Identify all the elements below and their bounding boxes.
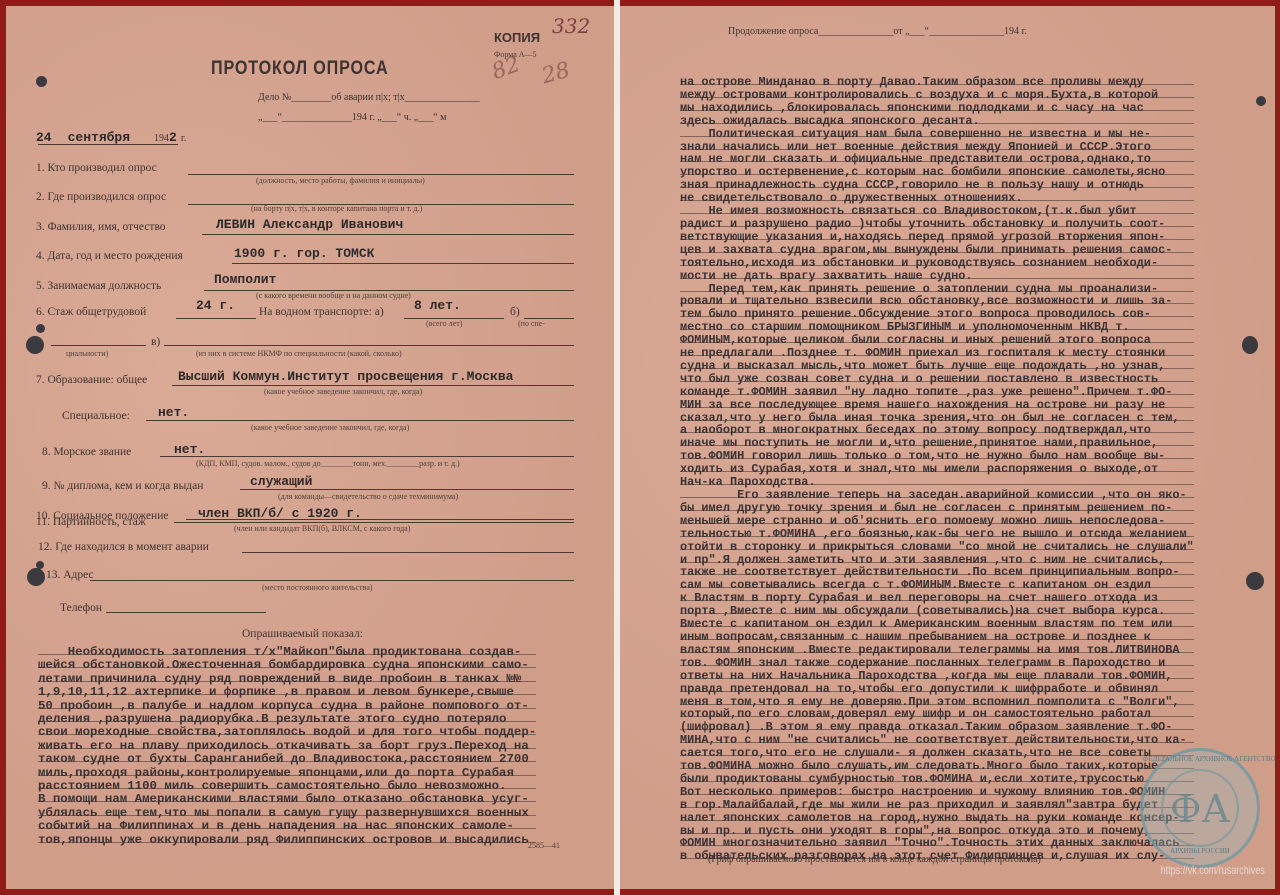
text-line: тоятельно,исходя из обстановки и руковод… (680, 257, 1194, 270)
continuation-header: Продолжение опроса_______________от „___… (728, 26, 1027, 37)
right-page: Продолжение опроса_______________от „___… (620, 6, 1275, 889)
text-line: налет японских самолетов на город,нужно … (680, 812, 1194, 825)
field-1-label: 1. Кто производил опрос (36, 162, 157, 174)
field-5-hint: (с какого времени вообще и на данном суд… (256, 291, 411, 300)
document-title: ПРОТОКОЛ ОПРОСА (211, 58, 389, 80)
text-line: радист и разрушено радио )чтобы уточнить… (680, 218, 1194, 231)
field-1-input[interactable] (188, 174, 574, 175)
text-line: ответы на них Начальника Пароходства ,ко… (680, 670, 1194, 683)
field-6-water-label: На водном транспорте: а) (259, 306, 384, 318)
field-3-value[interactable]: ЛЕВИН Александр Иванович (216, 217, 403, 232)
text-line: властям японским .Вместе редактировали т… (680, 644, 1194, 657)
text-line: на острове Минданао в порту Давао.Таким … (680, 76, 1194, 89)
testimony-text: Необходимость затопления т/х"Майкоп"была… (38, 646, 536, 847)
text-line: были продиктованы сумбурностью тов.ФОМИН… (680, 773, 1194, 786)
archive-stamp: ФЕДЕРАЛЬНОЕ АРХИВНОЕ АГЕНТСТВО ФА АРХИВЫ… (1140, 748, 1260, 868)
field-phone-label: Телефон (60, 602, 102, 614)
binder-hole (1256, 96, 1266, 106)
field-6-water-value[interactable]: 8 лет. (414, 298, 461, 313)
text-line: что был уже созван совет судна и о решен… (680, 373, 1194, 386)
field-special-label: Специальное: (62, 410, 130, 422)
text-line: иным вопросам,связанным с нашим пребыван… (680, 631, 1194, 644)
text-line: 1,9,10,11,12 ахтерпике и форпике ,в прав… (38, 686, 536, 699)
text-line: ветствующие указания и,находясь перед пр… (680, 231, 1194, 244)
testimony-continuation-text: на острове Минданао в порту Давао.Таким … (680, 76, 1194, 863)
field-special-value[interactable]: нет. (158, 405, 189, 420)
text-line: мости не дать врагу захватить наше судно… (680, 270, 1194, 283)
date-day: 24 (36, 130, 52, 145)
text-line: МИН за все последующее время нашего нахо… (680, 399, 1194, 412)
text-line: бы имел другую точку зрения и был не сог… (680, 502, 1194, 515)
field-6-label: 6. Стаж общетрудовой (36, 306, 146, 318)
field-5-label: 5. Занимаемая должность (36, 280, 161, 292)
field-7-hint: (какое учебное заведение закончил, где, … (264, 387, 422, 396)
text-line: тов,японцы уже оккупировали ряд Филиппин… (38, 834, 536, 847)
text-line: свои мореходные свойства,затоплялось вод… (38, 726, 536, 739)
text-line: отойти в сторонку и прикрыться словами "… (680, 541, 1194, 554)
date-year-suffix: 2 (169, 130, 177, 145)
text-line: правда претендовал на то,чтобы его допус… (680, 683, 1194, 696)
text-line: команде т.ФОМИН заявил "ну ладно топите … (680, 386, 1194, 399)
field-6-label-d: в) (151, 336, 160, 348)
date-year-prefix: 194 (154, 133, 169, 144)
print-code: 2585—41 (528, 841, 560, 850)
field-2-label: 2. Где производился опрос (36, 191, 166, 203)
footer-note: (Гриф опрашиваемого проставляется им в к… (708, 854, 1041, 865)
field-4-value[interactable]: 1900 г. гор. ТОМСК (234, 246, 374, 261)
field-13-label: 13. Адрес (46, 569, 94, 581)
copy-mark: КОПИЯ (494, 30, 540, 45)
field-3-label: 3. Фамилия, имя, отчество (36, 221, 166, 233)
text-line: В помощи нам Американскими властями было… (38, 793, 536, 806)
field-4-label: 4. Дата, год и место рождения (36, 250, 183, 262)
binder-hole (1246, 572, 1264, 590)
field-9-value[interactable]: служащий (250, 474, 312, 489)
text-line: не предлагали .Позднее т. ФОМИН приехал … (680, 347, 1194, 360)
field-5-value[interactable]: Помполит (214, 272, 276, 287)
testimony-heading: Опрашиваемый показал: (242, 628, 363, 640)
text-line: событий на Филиппинах и в день нападения… (38, 820, 536, 833)
text-line: Его заявление теперь на заседан.аварийно… (680, 489, 1194, 502)
date-month: сентября (68, 130, 130, 145)
field-12-label: 12. Где находился в момент аварии (38, 541, 209, 553)
field-11-hint: (член или кандидат ВКП(б), ВЛКСМ, с како… (234, 524, 410, 533)
text-line: тов. ФОМИН знал также содержание посланн… (680, 657, 1194, 670)
case-line: Дело №________об аварии п|х; т|х________… (258, 92, 480, 103)
field-6-hint-c: (по спе- (518, 319, 545, 328)
text-line: тов.ФОМИНА можно было слушать,им следова… (680, 760, 1194, 773)
field-8-label: 8. Морское звание (42, 446, 131, 458)
field-6-hint-e: (из них в системе НКМФ по специальности … (196, 349, 402, 358)
binder-hole (27, 568, 45, 586)
field-7-label: 7. Образование: общее (36, 374, 147, 386)
text-line: здесь ожидалась высадка японского десант… (680, 115, 1194, 128)
field-6-hint-b: (всего лет) (426, 319, 462, 328)
text-line: Вот несколько примеров: быстро настроени… (680, 786, 1194, 799)
text-line: судна и высказал мысль,что может быть лу… (680, 360, 1194, 373)
field-9-hint: (для команды—свидетельство о сдаче техми… (278, 492, 458, 501)
field-phone-input[interactable] (106, 612, 266, 613)
field-1-hint: (должность, место работы, фамилия и иниц… (256, 176, 425, 185)
field-2-hint: (на борту п|х, т|х, в конторе капитана п… (251, 204, 422, 213)
binder-hole (1242, 336, 1258, 354)
date-unit: г. (181, 133, 186, 144)
watermark-link[interactable]: https://vk.com/rusarchives (1161, 863, 1265, 877)
field-6-value[interactable]: 24 г. (196, 298, 235, 313)
binder-hole (36, 76, 47, 87)
text-line: в гор.Малайбалай,где мы жили не раз прих… (680, 799, 1194, 812)
text-line: мы находились ,блокировалась японскими п… (680, 102, 1194, 115)
field-11-label: 11. Партийность, стаж (36, 516, 146, 528)
text-line: Политическая ситуация нам была совершенн… (680, 128, 1194, 141)
field-special-hint: (какое учебное заведение закончил, где, … (251, 423, 409, 432)
binder-hole (26, 336, 44, 354)
text-line: шейся обстановкой.Ожесточенная бомбардир… (38, 659, 536, 672)
field-7-value[interactable]: Высший Коммун.Институт просвещения г.Мос… (178, 369, 513, 384)
text-line: меньшей мере странно и об'яснить его пом… (680, 515, 1194, 528)
field-8-value[interactable]: нет. (174, 442, 205, 457)
text-line: цев и захвата судна врагом,мы вынуждены … (680, 244, 1194, 257)
field-9-label: 9. № диплома, кем и когда выдан (42, 480, 203, 492)
text-line: между островами контролировались с возду… (680, 89, 1194, 102)
field-11-input[interactable] (174, 522, 574, 523)
handwritten-number: 332 (552, 14, 590, 38)
binder-hole (36, 324, 45, 333)
field-6-hint-d: циальности) (66, 349, 108, 358)
text-line: таком судне от бухты Саранганибей до Вла… (38, 753, 536, 766)
field-12-input[interactable] (242, 552, 574, 553)
field-6-label-c: б) (510, 306, 520, 318)
date-time-line: „___“______________194 г. „___“ ч. „___“… (258, 112, 446, 123)
handwritten-mark: 28 (539, 58, 573, 89)
field-8-hint: (КДП, КМП, судов. малом., судов до______… (196, 459, 460, 468)
left-page: КОПИЯ Форма А—5 332 82 28 ПРОТОКОЛ ОПРОС… (6, 6, 614, 889)
text-line: тельностью т.ФОМИНА ,его боязнью,как-бы … (680, 528, 1194, 541)
field-13-hint: (место постоянного жительства) (262, 583, 372, 592)
field-13-input[interactable] (90, 580, 574, 581)
